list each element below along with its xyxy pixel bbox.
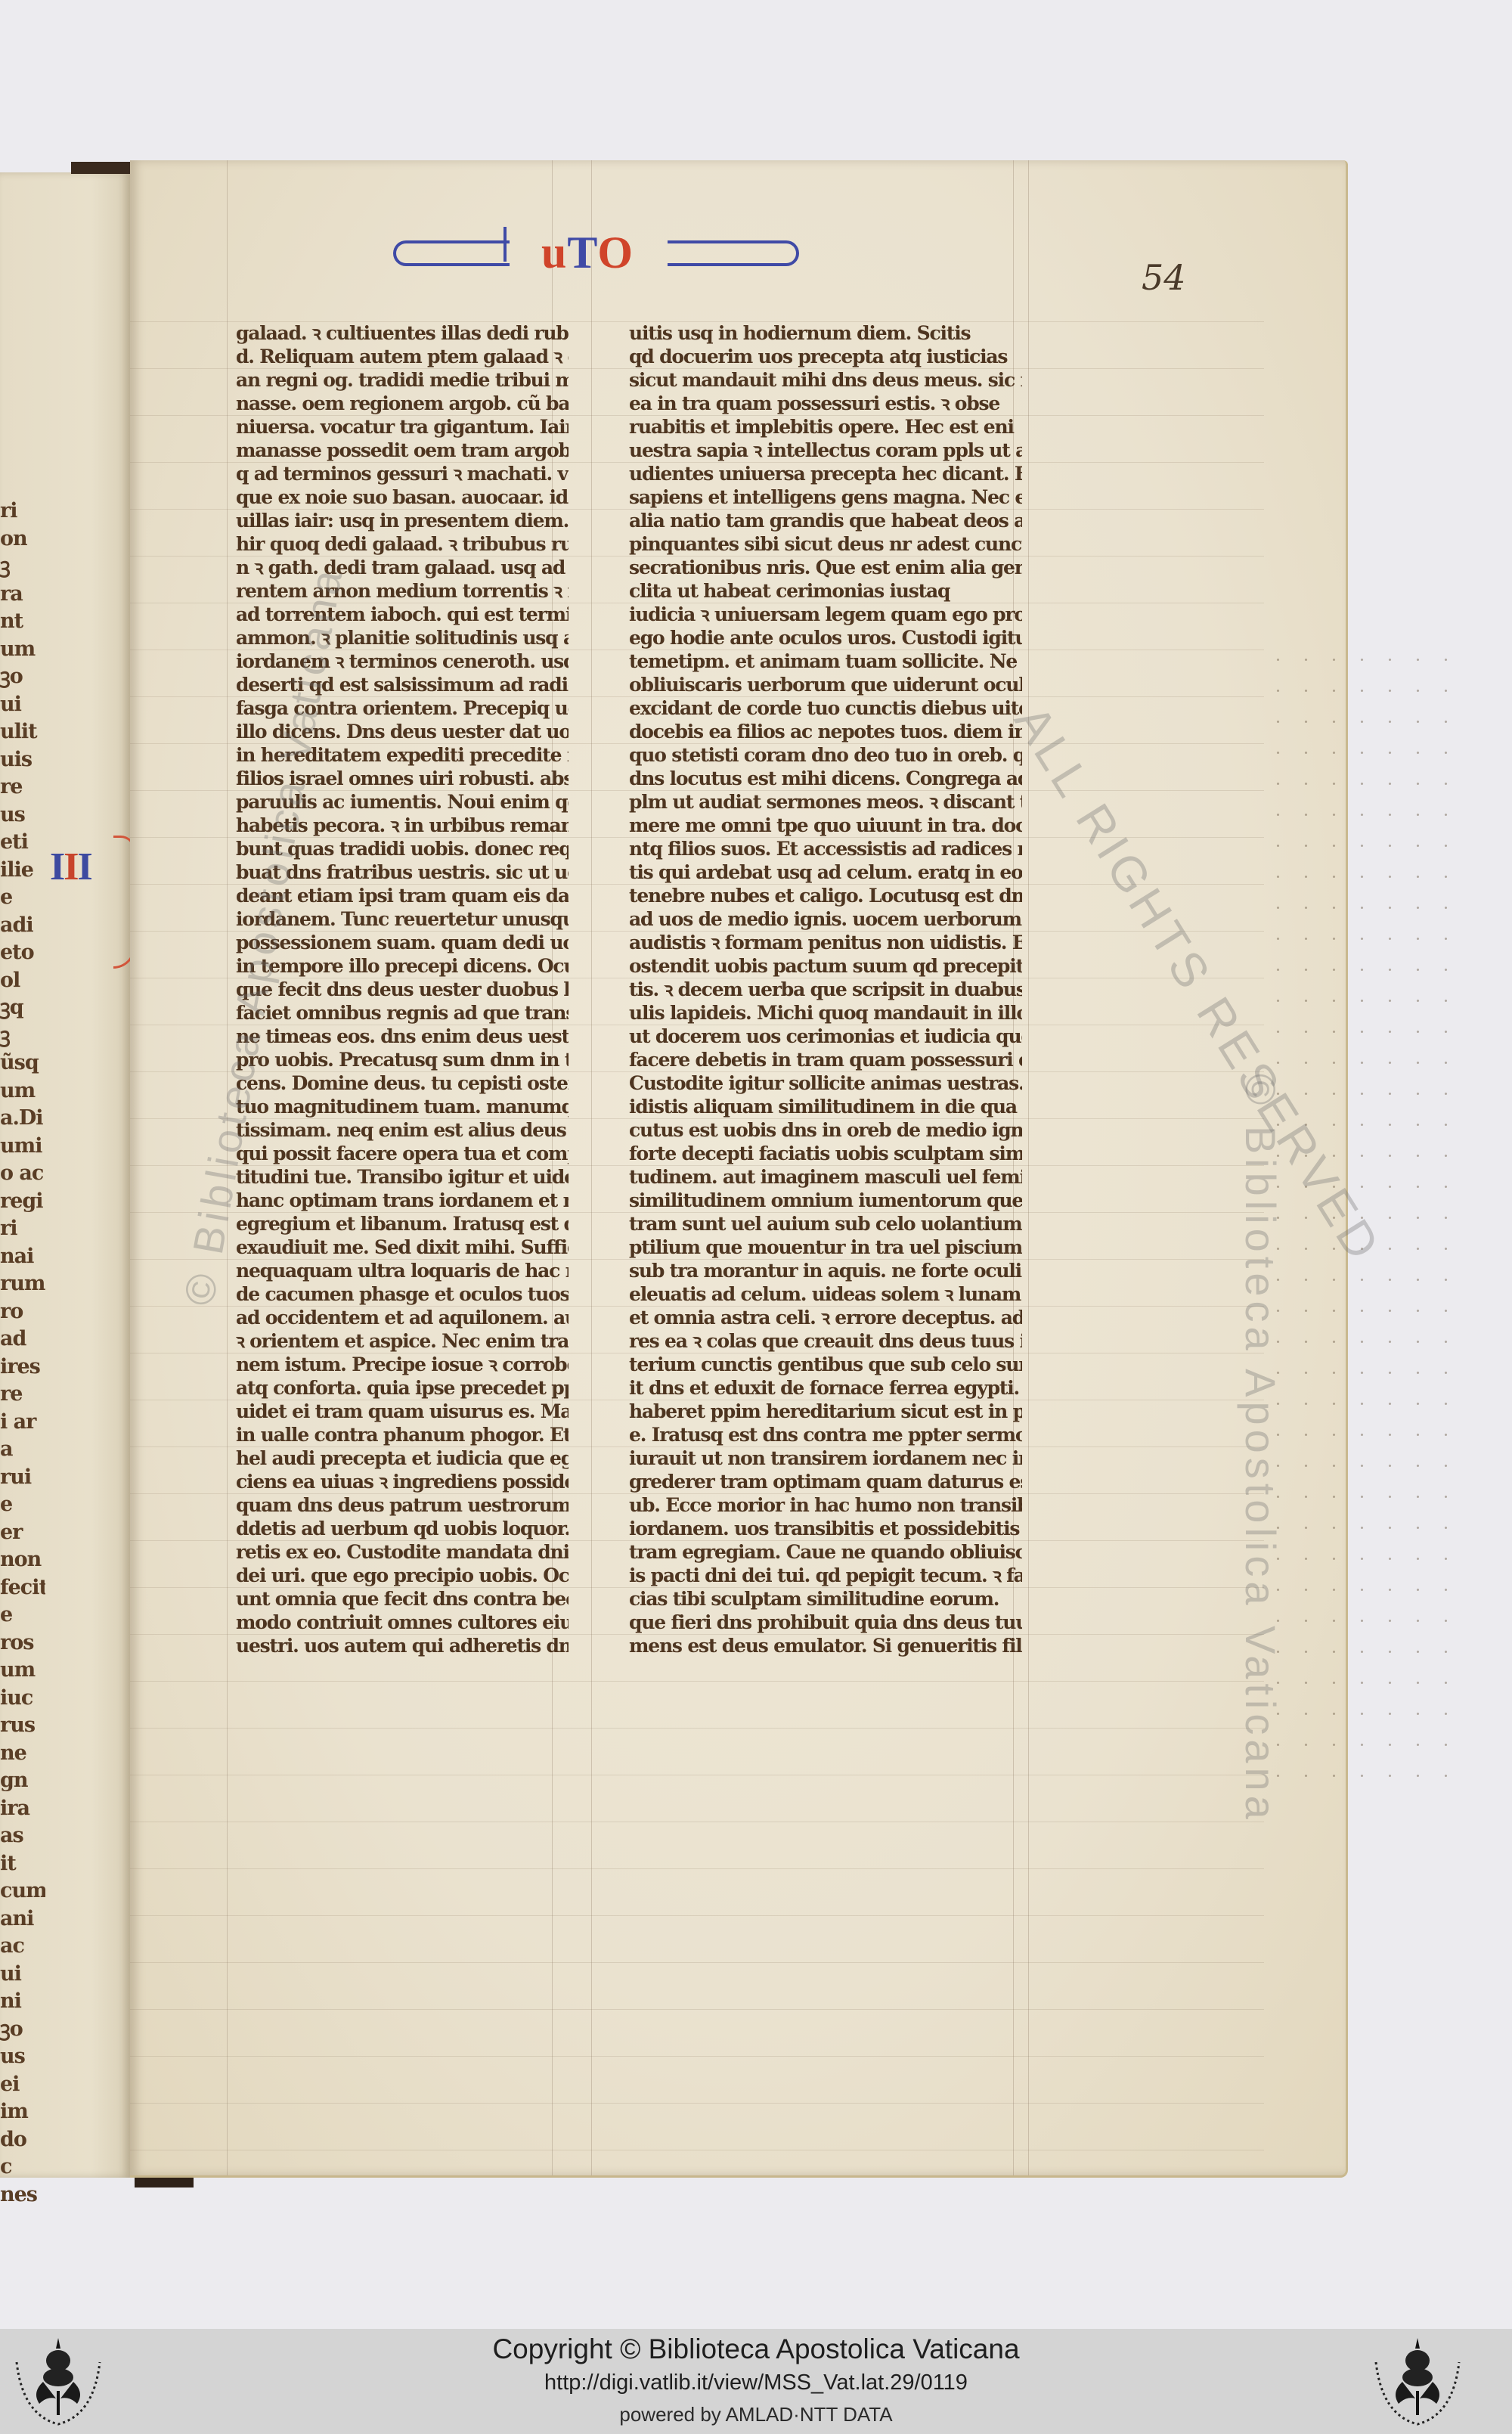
manuscript-line: ddetis ad uerbum qd uobis loquor. neq au… <box>236 1517 569 1540</box>
left-page-fragment: fecit <box>0 1574 45 1602</box>
manuscript-line: ammon. ꝛ planitie solitudinis usq ad <box>236 626 569 650</box>
manuscript-line: uestra sapia ꝛ intellectus coram ppls ut… <box>629 439 1022 462</box>
manuscript-line: pinquantes sibi sicut deus nr adest cunc… <box>629 532 1022 556</box>
manuscript-line: tenebre nubes et caligo. Locutusq est dn… <box>629 884 1022 907</box>
left-page-fragment: um <box>0 636 45 664</box>
ruling-line <box>130 1775 1264 1775</box>
manuscript-line: tram sunt uel auium sub celo uolantium a… <box>629 1212 1022 1236</box>
left-page-fragment: re <box>0 774 45 802</box>
chapter-marker-iii: III <box>50 845 91 889</box>
ruling-line <box>130 1822 1264 1822</box>
left-page-fragment: cum <box>0 1877 45 1905</box>
left-page-fragment: iuc <box>0 1685 45 1713</box>
manuscript-line: res ea ꝛ colas que creauit dns deus tuus… <box>629 1329 1022 1353</box>
manuscript-line: ad occidentem et ad aquilonem. austrum <box>236 1306 569 1329</box>
manuscript-line: exaudiuit me. Sed dixit mihi. Sufficiat … <box>236 1236 569 1259</box>
manuscript-line: uitis usq in hodiernum diem. Scitis <box>629 321 1022 345</box>
manuscript-line: quam dns deus patrum uestrorum daturus e… <box>236 1493 569 1517</box>
manuscript-line: obliuiscaris uerborum que uiderunt oculi… <box>629 673 1022 696</box>
ruling-line <box>130 1915 1264 1916</box>
left-page-fragment: ũsq <box>0 1050 45 1077</box>
manuscript-line: pro uobis. Precatusq sum dnm in tempore … <box>236 1048 569 1071</box>
manuscript-line: retis ex eo. Custodite mandata dni <box>236 1540 569 1564</box>
manuscript-line: cutus est uobis dns in oreb de medio ign… <box>629 1118 1022 1142</box>
left-page-fragment: er <box>0 1519 45 1547</box>
left-page-fragment: eti <box>0 829 45 857</box>
ruling-line <box>130 2150 1264 2150</box>
left-page-fragment: nt <box>0 608 45 636</box>
left-page-fragment: eto <box>0 939 45 967</box>
manuscript-line: d. Reliquam autem ptem galaad ꝛ oem bas <box>236 345 569 368</box>
manuscript-line: sapiens et intelligens gens magna. Nec e… <box>629 485 1022 509</box>
manuscript-line: nasse. oem regionem argob. cũ basan u <box>236 392 569 415</box>
left-page-fragment: ulit <box>0 718 45 746</box>
powered-by-text: powered by AMLAD·NTT DATA <box>0 2403 1512 2426</box>
manuscript-line: q ad terminos gessuri ꝛ machati. vocauit <box>236 462 569 485</box>
manuscript-line: que ex noie suo basan. auocaar. id est <box>236 485 569 509</box>
running-title: uTO <box>392 224 800 299</box>
manuscript-line: audistis ꝛ formam penitus non uidistis. … <box>629 931 1022 954</box>
ruling-line <box>130 1728 1264 1729</box>
left-page-fragment: ui <box>0 1961 45 1989</box>
manuscript-line: ostendit uobis pactum suum qd precepit u… <box>629 954 1022 978</box>
manuscript-line: is pacti dni dei tui. qd pepigit tecum. … <box>629 1564 1022 1587</box>
text-column-right: uitis usq in hodiernum diem. Scitisqd do… <box>629 321 1022 1657</box>
ruling-line <box>130 1962 1264 1963</box>
manuscript-line: modo contriuit omnes cultores eius de me… <box>236 1611 569 1634</box>
left-page-fragment: ac <box>0 1933 45 1961</box>
left-page-fragment: ira <box>0 1795 45 1823</box>
left-page-fragment: ro <box>0 1298 45 1326</box>
left-page-fragment: it <box>0 1850 45 1878</box>
left-page-fragment: rus <box>0 1712 45 1740</box>
manuscript-line: iurauit ut non transirem iordanem nec in <box>629 1446 1022 1470</box>
manuscript-line: sicut mandauit mihi dns deus meus. sic f… <box>629 368 1022 392</box>
manuscript-line: galaad. ꝛ cultiuentes illas dedi ruben ꝛ… <box>236 321 569 345</box>
manuscript-line: hanc optimam trans iordanem et montem is… <box>236 1189 569 1212</box>
left-page: rionꝫrantumꝫouiulituisreusetiilieeadieto… <box>0 172 130 2178</box>
manuscript-line: Custodite igitur sollicite animas uestra… <box>629 1071 1022 1095</box>
left-page-fragment: regi <box>0 1188 45 1216</box>
manuscript-line: it dns et eduxit de fornace ferrea egypt… <box>629 1376 1022 1400</box>
manuscript-line: ulis lapideis. Michi quoq mandauit in il… <box>629 1001 1022 1025</box>
manuscript-line: facere debetis in tram quam possessuri e… <box>629 1048 1022 1071</box>
left-page-fragment: us <box>0 2043 45 2071</box>
watermark-copyright: © Biblioteca Apostolica Vaticana <box>1236 1074 1285 1824</box>
manuscript-line: tis. ꝛ decem uerba que scripsit in duabu… <box>629 978 1022 1001</box>
manuscript-line: de cacumen phasge et oculos tuos circumf… <box>236 1282 569 1306</box>
left-page-fragment: i ar <box>0 1409 45 1437</box>
manuscript-line: secrationibus nris. Que est enim alia ge… <box>629 556 1022 579</box>
running-title-letter: u <box>541 228 567 278</box>
left-page-fragment: gn <box>0 1767 45 1795</box>
running-title-letter: O <box>597 228 634 278</box>
manuscript-line: faciet omnibus regnis ad que transituris… <box>236 1001 569 1025</box>
manuscript-line: atq conforta. quia ipse precedet ppm ist… <box>236 1376 569 1400</box>
text-column-left: galaad. ꝛ cultiuentes illas dedi ruben ꝛ… <box>236 321 569 1657</box>
left-page-fragment: as <box>0 1822 45 1850</box>
left-page-text-fragments: rionꝫrantumꝫouiulituisreusetiilieeadieto… <box>0 498 45 2209</box>
manuscript-line: terium cunctis gentibus que sub celo sun… <box>629 1353 1022 1376</box>
left-page-fragment: ꝫo <box>0 2016 45 2044</box>
left-page-fragment: ni <box>0 1988 45 2016</box>
left-page-fragment: ri <box>0 1215 45 1243</box>
running-title-letters: uTO <box>541 227 634 279</box>
manuscript-line: uidet ei tram quam uisurus es. Mansimusq <box>236 1400 569 1423</box>
left-page-fragment: re <box>0 1381 45 1409</box>
running-title-flourish-right <box>668 240 799 266</box>
left-page-fragment: ꝫ <box>0 1022 45 1050</box>
left-page-fragment: ꝫq <box>0 994 45 1022</box>
manuscript-line: ntq filios suos. Et accessistis ad radic… <box>629 837 1022 860</box>
left-page-fragment: ui <box>0 691 45 719</box>
manuscript-line: forte decepti faciatis uobis sculptam si… <box>629 1142 1022 1165</box>
manuscript-line: ptilium que mouentur in tra uel piscium … <box>629 1236 1022 1259</box>
manuscript-line: qui possit facere opera tua et compari f… <box>236 1142 569 1165</box>
manuscript-line: titudini tue. Transibo igitur et uidebo … <box>236 1165 569 1189</box>
manuscript-line: udientes uniuersa precepta hec dicant. E… <box>629 462 1022 485</box>
manuscript-line: tudinem. aut imaginem masculi uel femine… <box>629 1165 1022 1189</box>
left-page-fragment: um <box>0 1077 45 1105</box>
manuscript-line: tram egregiam. Caue ne quando obliuiscar <box>629 1540 1022 1564</box>
manuscript-line: que fieri dns prohibuit quia dns deus tu… <box>629 1611 1022 1634</box>
manuscript-line: uestri. uos autem qui adheretis dno deo … <box>236 1634 569 1657</box>
running-title-flourish-left <box>393 240 510 266</box>
left-page-fragment: ol <box>0 967 45 995</box>
manuscript-line: uillas iair: usq in presentem diem. Mac <box>236 509 569 532</box>
ruling-line <box>130 2103 1264 2104</box>
left-page-fragment: e <box>0 884 45 912</box>
manuscript-line: similitudinem omnium iumentorum que sup <box>629 1189 1022 1212</box>
manuscript-line: plm ut audiat sermones meos. ꝛ discant t… <box>629 790 1022 814</box>
manuscript-line: nem istum. Precipe iosue ꝛ corrobora eum <box>236 1353 569 1376</box>
manuscript-line: idistis aliquam similitudinem in die qua… <box>629 1095 1022 1118</box>
copyright-text: Copyright © Biblioteca Apostolica Vatica… <box>0 2333 1512 2365</box>
left-page-fragment: ad <box>0 1326 45 1353</box>
manuscript-line: tuo magnitudinem tuam. manumq for <box>236 1095 569 1118</box>
manuscript-line: haberet ppim hereditarium sicut est in p… <box>629 1400 1022 1423</box>
manuscript-line: ꝛ orientem et aspice. Nec enim transibis… <box>236 1329 569 1353</box>
manuscript-line: unt omnia que fecit dns contra beelphego… <box>236 1587 569 1611</box>
left-page-fragment: a <box>0 1436 45 1464</box>
left-page-fragment: um <box>0 1657 45 1685</box>
manuscript-line: ea in tra quam possessuri estis. ꝛ obse <box>629 392 1022 415</box>
manuscript-line: ad torrentem iaboch. qui est terminus fi… <box>236 603 569 626</box>
manuscript-line: eleuatis ad celum. uideas solem ꝛ lunam <box>629 1282 1022 1306</box>
manuscript-line: tis qui ardebat usq ad celum. eratq in e… <box>629 860 1022 884</box>
manuscript-line: niuersa. vocatur tra gigantum. Iair fili… <box>236 415 569 439</box>
manuscript-line: hir quoq dedi galaad. ꝛ tribubus rube <box>236 532 569 556</box>
manuscript-line: docebis ea filios ac nepotes tuos. diem … <box>629 720 1022 743</box>
left-page-fragment: ra <box>0 581 45 609</box>
left-page-fragment: ei <box>0 2071 45 2099</box>
manuscript-line: hel audi precepta et iudicia que ego doc… <box>236 1446 569 1470</box>
manuscript-line: ut docerem uos cerimonias et iudicia que <box>629 1025 1022 1048</box>
manuscript-line: ub. Ecce morior in hac humo non transibo <box>629 1493 1022 1517</box>
left-page-fragment: o ac <box>0 1160 45 1188</box>
left-page-fragment: a.Di <box>0 1105 45 1133</box>
manuscript-line: qd docuerim uos precepta atq iusticias <box>629 345 1022 368</box>
manuscript-line: nequaquam ultra loquaris de hac re ad me… <box>236 1259 569 1282</box>
manuscript-line: ne timeas eos. dns enim deus uester pugn… <box>236 1025 569 1048</box>
manuscript-line: e. Iratusq est dns contra me ppter sermo… <box>629 1423 1022 1446</box>
manuscript-line: quo stetisti coram dno deo tuo in oreb. … <box>629 743 1022 767</box>
left-page-fragment: ani <box>0 1905 45 1933</box>
manuscript-line: ego hodie ante oculos uros. Custodi igit… <box>629 626 1022 650</box>
manuscript-line: ciens ea uiuas ꝛ ingrediens possideas tr… <box>236 1470 569 1493</box>
left-page-fragment: c <box>0 2153 45 2181</box>
left-page-fragment: ilie <box>0 857 45 885</box>
ruling-line <box>130 2009 1264 2010</box>
manuscript-line: ruabitis et implebitis opere. Hec est en… <box>629 415 1022 439</box>
flourish-stem <box>503 227 507 262</box>
left-page-fragment: im <box>0 2098 45 2126</box>
manuscript-line: tissimam. neq enim est alius deus in cel… <box>236 1118 569 1142</box>
manuscript-line: mere me omni tpe quo uiuunt in tra. doce… <box>629 814 1022 837</box>
manuscript-line: iudicia ꝛ uniuersam legem quam ego propo… <box>629 603 1022 626</box>
left-page-fragment: on <box>0 526 45 553</box>
left-page-fragment: umi <box>0 1133 45 1161</box>
manuscript-line: an regni og. tradidi medie tribui ma <box>236 368 569 392</box>
left-page-fragment: ros <box>0 1629 45 1657</box>
manuscript-line: temetipm. et animam tuam sollicite. Ne <box>629 650 1022 673</box>
left-page-fragment: do <box>0 2126 45 2154</box>
left-page-fragment: ri <box>0 498 45 526</box>
ruling-line <box>130 2056 1264 2057</box>
ruling-line <box>130 1868 1264 1869</box>
manuscript-line: mens est deus emulator. Si genueritis fi… <box>629 1634 1022 1657</box>
running-title-letter: T <box>567 228 597 278</box>
manuscript-line: clita ut habeat cerimonias iustaq <box>629 579 1022 603</box>
left-page-fragment: ꝫo <box>0 663 45 691</box>
manuscript-line: dns locutus est mihi dicens. Congrega ad… <box>629 767 1022 790</box>
manuscript-line: n ꝛ gath. dedi tram galaad. usq ad tor <box>236 556 569 579</box>
left-page-fragment: non <box>0 1546 45 1574</box>
left-page-fragment: rui <box>0 1464 45 1492</box>
manuscript-url[interactable]: http://digi.vatlib.it/view/MSS_Vat.lat.2… <box>0 2370 1512 2395</box>
left-page-fragment: uis <box>0 746 45 774</box>
ruling-line <box>130 1681 1264 1682</box>
left-page-fragment: adi <box>0 912 45 940</box>
manuscript-line: manasse possedit oem tram argob. us <box>236 439 569 462</box>
folio-number: 54 <box>1142 257 1186 298</box>
manuscript-line: sub tra morantur in aquis. ne forte ocul… <box>629 1259 1022 1282</box>
manuscript-line: cias tibi sculptam similitudine eorum. <box>629 1587 1022 1611</box>
manuscript-line: egregium et libanum. Iratusq est dns mih… <box>236 1212 569 1236</box>
manuscript-line: rentem arnon medium torrentis ꝛ finium u… <box>236 579 569 603</box>
left-page-fragment: rum <box>0 1270 45 1298</box>
left-page-fragment: e <box>0 1601 45 1629</box>
manuscript-line: et omnia astra celi. ꝛ errore deceptus. … <box>629 1306 1022 1329</box>
left-page-fragment: nes <box>0 2181 45 2209</box>
manuscript-line: in tempore illo precepi dicens. Oculi tu… <box>236 954 569 978</box>
manuscript-line: grederer tram optimam quam daturus est <box>629 1470 1022 1493</box>
left-page-fragment: e <box>0 1491 45 1519</box>
left-page-fragment: ne <box>0 1740 45 1768</box>
manuscript-line: ad uos de medio ignis. uocem uerborum ei… <box>629 907 1022 931</box>
left-page-fragment: ires <box>0 1353 45 1381</box>
left-page-fragment: ꝫ <box>0 553 45 581</box>
manuscript-line: cens. Domine deus. tu cepisti ostendere … <box>236 1071 569 1095</box>
manuscript-line: excidant de corde tuo cunctis diebus uit… <box>629 696 1022 720</box>
manuscript-line: in ualle contra phanum phogor. Et nunc i… <box>236 1423 569 1446</box>
manuscript-line: alia natio tam grandis que habeat deos a… <box>629 509 1022 532</box>
manuscript-line: dei uri. que ego precipio uobis. Oculi u… <box>236 1564 569 1587</box>
manuscript-line: que fecit dns deus uester duobus his reg… <box>236 978 569 1001</box>
left-page-fragment: us <box>0 802 45 829</box>
manuscript-line: iordanem. uos transibitis et possidebiti… <box>629 1517 1022 1540</box>
left-page-fragment: nai <box>0 1243 45 1271</box>
